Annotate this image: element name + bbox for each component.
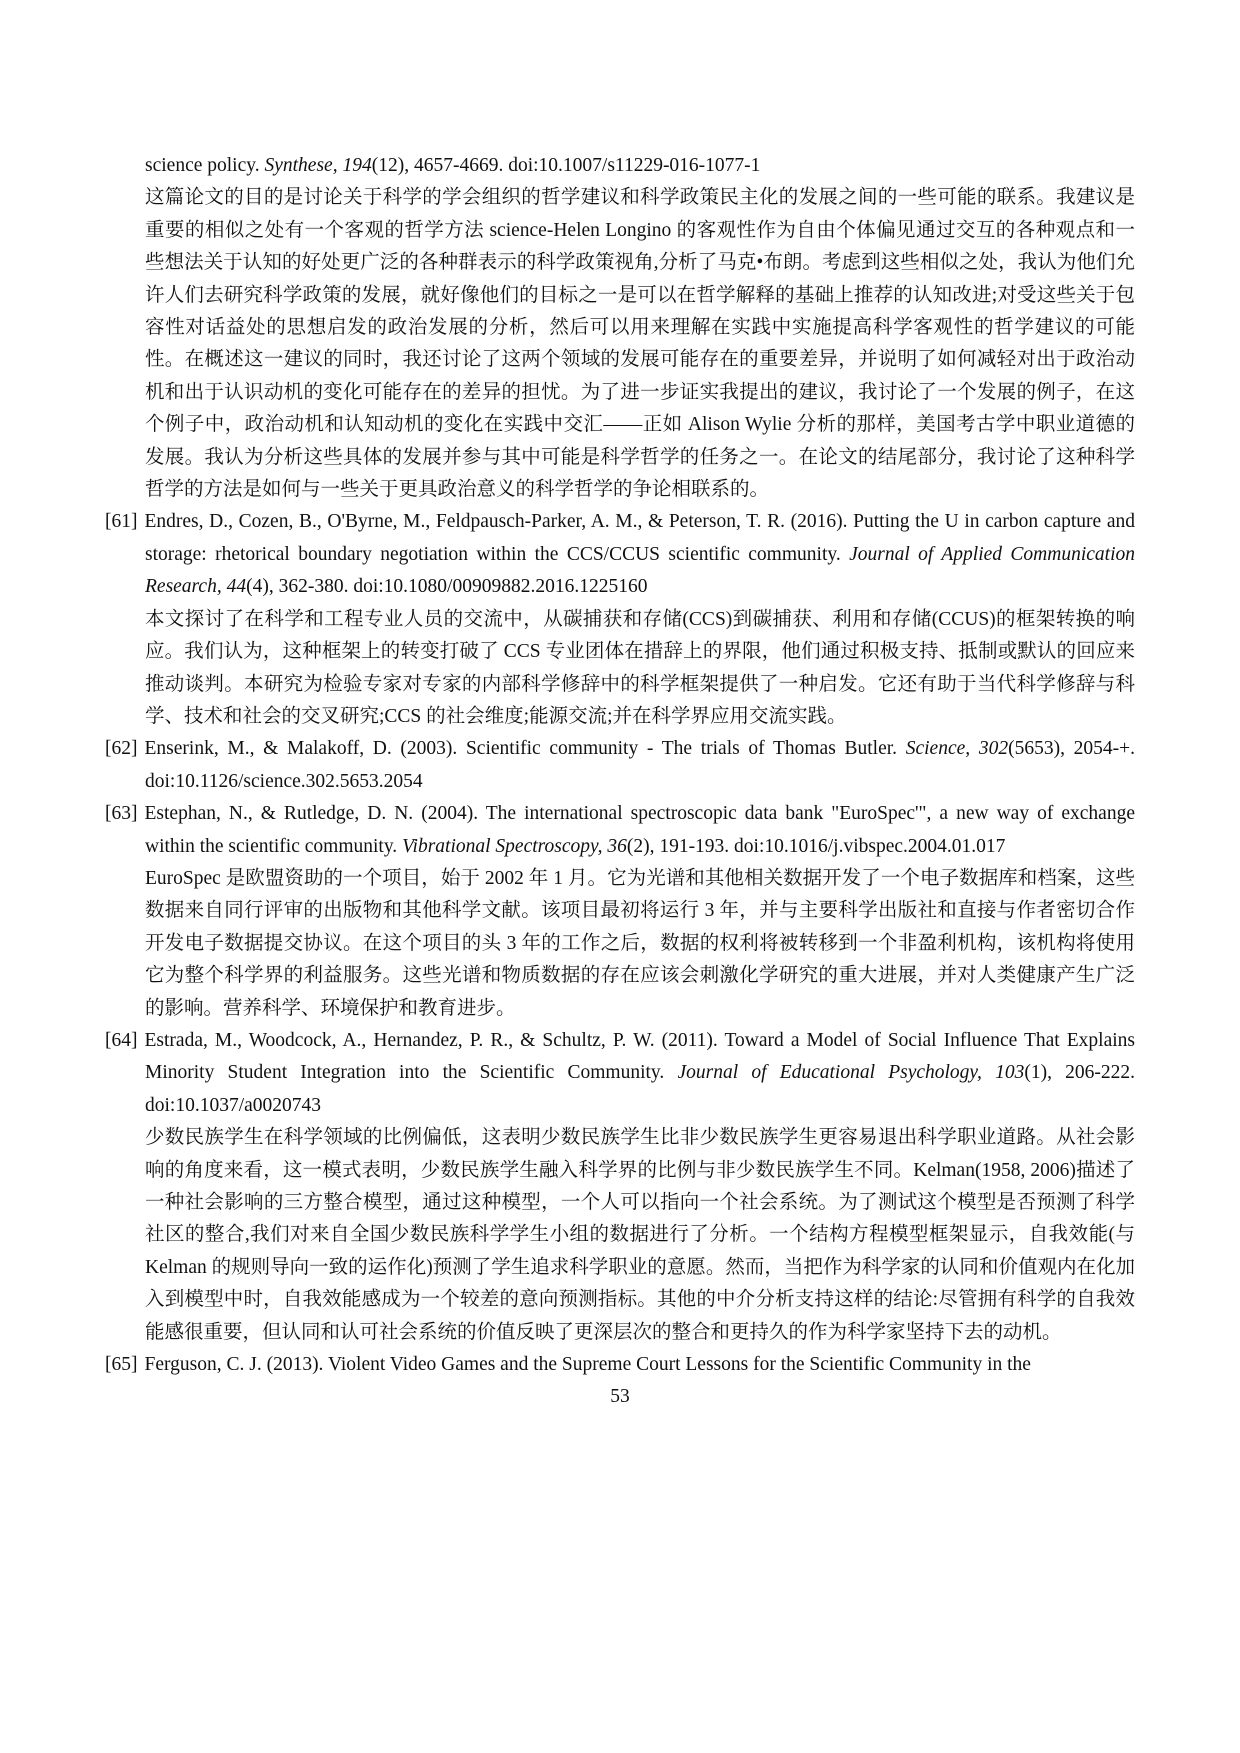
reference-citation-text: Endres, D., Cozen, B., O'Byrne, M., Feld… [145,511,1136,597]
reference-citation-text: Ferguson, C. J. (2013). Violent Video Ga… [145,1354,1031,1375]
reference-citation: [61]Endres, D., Cozen, B., O'Byrne, M., … [105,506,1135,603]
reference-entry: [61]Endres, D., Cozen, B., O'Byrne, M., … [105,506,1135,733]
reference-id: [64] [105,1030,138,1051]
reference-entry: [65]Ferguson, C. J. (2013). Violent Vide… [105,1349,1135,1381]
reference-abstract: EuroSpec 是欧盟资助的一个项目，始于 2002 年 1 月。它为光谱和其… [105,863,1135,1025]
reference-abstract: 本文探讨了在科学和工程专业人员的交流中，从碳捕获和存储(CCS)到碳捕获、利用和… [105,604,1135,734]
document-page: science policy. Synthese, 194(12), 4657-… [0,0,1240,1753]
reference-citation-text: Estephan, N., & Rutledge, D. N. (2004). … [145,803,1136,856]
reference-abstract: 少数民族学生在科学领域的比例偏低，这表明少数民族学生比非少数民族学生更容易退出科… [105,1122,1135,1349]
reference-citation: [65]Ferguson, C. J. (2013). Violent Vide… [105,1349,1135,1381]
reference-entry: [63]Estephan, N., & Rutledge, D. N. (200… [105,798,1135,1025]
reference-id: [63] [105,803,138,824]
reference-entry-continuation: science policy. Synthese, 194(12), 4657-… [105,150,1135,506]
reference-citation-text: Estrada, M., Woodcock, A., Hernandez, P.… [145,1030,1136,1116]
reference-citation: [62]Enserink, M., & Malakoff, D. (2003).… [105,733,1135,798]
reference-id: [62] [105,738,138,759]
reference-id: [61] [105,511,138,532]
reference-entry: [62]Enserink, M., & Malakoff, D. (2003).… [105,733,1135,798]
reference-citation: science policy. Synthese, 194(12), 4657-… [105,150,1135,182]
reference-citation: [64]Estrada, M., Woodcock, A., Hernandez… [105,1025,1135,1122]
reference-abstract: 这篇论文的目的是讨论关于科学的学会组织的哲学建议和科学政策民主化的发展之间的一些… [105,182,1135,506]
reference-id: [65] [105,1354,138,1375]
reference-citation: [63]Estephan, N., & Rutledge, D. N. (200… [105,798,1135,863]
page-number: 53 [105,1381,1135,1413]
reference-citation-text: Enserink, M., & Malakoff, D. (2003). Sci… [145,738,1136,791]
reference-entry: [64]Estrada, M., Woodcock, A., Hernandez… [105,1025,1135,1349]
